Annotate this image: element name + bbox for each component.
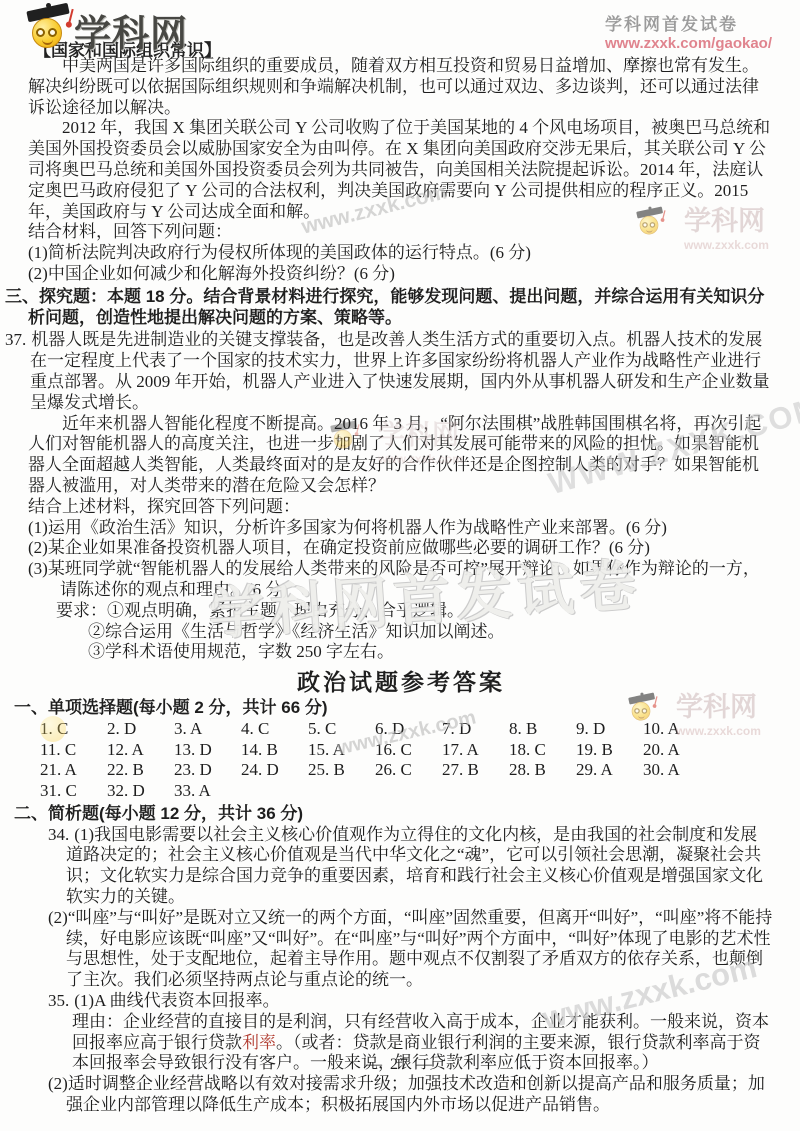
answer-cell: 25. B [308, 760, 375, 781]
answer-cell: 32. D [107, 781, 174, 802]
requirement-line: ③学科术语使用规范，字数 250 字左右。 [88, 642, 774, 663]
answer-cell: 13. D [174, 740, 241, 761]
answer-cell: 19. B [576, 740, 643, 761]
issue-url: www.zxxk.com/gaokao/ [605, 35, 772, 52]
section-three-heading: 三、探究题：本题 18 分。结合背景材料进行探究，能够发现问题、提出问题，并综合… [5, 287, 774, 329]
answer-34-part1: 34.(1)我国电影需要以社会主义核心价值观作为立得住的文化内核，是由我国的社会… [48, 825, 774, 908]
answer-cell: 10. A [643, 719, 710, 740]
answer-cell: 26. C [375, 760, 442, 781]
answer-cell: 24. D [241, 760, 308, 781]
requirement-line: ②综合运用《生活与哲学》《经济生活》知识加以阐述。 [88, 622, 774, 643]
requirement-label: 要求： [56, 601, 107, 620]
question-number: 37. [5, 330, 26, 349]
answer-cell: 18. C [509, 740, 576, 761]
page-number: — 27 — [0, 1056, 800, 1074]
requirement-item: ①观点明确，紧扣主题、理由充分、合乎逻辑。 [107, 601, 464, 620]
issue-label: 学科网首发试卷 [605, 10, 772, 35]
answer-key-row: 31. C 32. D 33. A [40, 781, 774, 802]
cap-tassel-icon [61, 7, 73, 24]
answer-cell: 16. C [375, 740, 442, 761]
answer-cell: 27. B [442, 760, 509, 781]
answer-cell: 1. C [40, 719, 107, 740]
material-paragraph: 近年来机器人智能化程度不断提高。2016 年 3 月，“阿尔法围棋”战胜韩国围棋… [28, 414, 774, 497]
answer-cell: 4. C [241, 719, 308, 740]
answer-cell: 12. A [107, 740, 174, 761]
answer-cell: 9. D [576, 719, 643, 740]
question-item: (1)运用《政治生活》知识，分析许多国家为何将机器人作为战略性产业来部署。(6 … [28, 518, 774, 539]
exam-content: 中美两国是许多国际组织的重要成员，随着双方相互投资和贸易日益增加、摩擦也常有发生… [0, 56, 800, 1116]
answer-cell: 7. D [442, 719, 509, 740]
answer-number: 34. [48, 825, 69, 844]
question-37-text: 机器人既是先进制造业的关键支撑装备，也是改善人类生活方式的重要切入点。机器人技术… [30, 330, 770, 411]
answer-section-title: 政治试题参考答案 [28, 672, 774, 693]
question-item: (2)某企业如果准备投资机器人项目，在确定投资前应做哪些必要的调研工作？(6 分… [28, 538, 774, 559]
question-lead: 结合上述材料，探究回答下列问题： [28, 497, 774, 518]
answer-cell: 3. A [174, 719, 241, 740]
short-analysis-heading: 二、简析题(每小题 12 分，共计 36 分) [14, 804, 774, 825]
answer-cell: 14. B [241, 740, 308, 761]
answer-cell: 2. D [107, 719, 174, 740]
answer-text: (1)A 曲线代表资本回报率。 [74, 991, 279, 1010]
zxxk-logo: 学科网 [26, 2, 188, 54]
answer-cell: 21. A [40, 760, 107, 781]
answer-number: 35. [48, 991, 69, 1010]
answer-text: (1)我国电影需要以社会主义核心价值观作为立得住的文化内核，是由我国的社会制度和… [66, 825, 763, 906]
answer-35-part2: (2)适时调整企业经营战略以有效对接需求升级；加强技术改造和创新以提高产品和服务… [48, 1074, 774, 1116]
reason-highlighted-term: 利率 [242, 1033, 276, 1052]
answer-cell: 30. A [643, 760, 710, 781]
answer-cell: 5. C [308, 719, 375, 740]
answer-cell: 15. A [308, 740, 375, 761]
question-item: (3)某班同学就“智能机器人的发展给人类带来的风险是否可控”展开辩论，如果你作为… [28, 559, 774, 601]
question-item: (1)简析法院判决政府行为侵权所体现的美国政体的运行特点。(6 分) [28, 243, 774, 264]
material-paragraph: 2012 年，我国 X 集团关联公司 Y 公司收购了位于美国某地的 4 个风电场… [28, 118, 774, 222]
answer-cell: 22. B [107, 760, 174, 781]
question-lead: 结合材料，回答下列问题： [28, 222, 774, 243]
brand-name: 学科网 [74, 14, 188, 54]
answer-cell: 17. A [442, 740, 509, 761]
question-item: (2)中国企业如何减少和化解海外投资纠纷？(6 分) [28, 264, 774, 285]
answer-cell: 33. A [174, 781, 241, 802]
answer-cell: 29. A [576, 760, 643, 781]
answer-key-row: 11. C 12. A 13. D 14. B 15. A 16. C 17. … [40, 740, 774, 761]
requirement-line: 要求：①观点明确，紧扣主题、理由充分、合乎逻辑。 [56, 601, 774, 622]
answer-cell: 6. D [375, 719, 442, 740]
answer-34-part2: (2)“叫座”与“叫好”是既对立又统一的两个方面，“叫座”固然重要，但离开“叫好… [48, 908, 774, 991]
answer-cell: 20. A [643, 740, 710, 761]
answer-cell: 23. D [174, 760, 241, 781]
answer-cell: 8. B [509, 719, 576, 740]
header-right: 学科网首发试卷 www.zxxk.com/gaokao/ [605, 10, 772, 52]
answer-cell: 28. B [509, 760, 576, 781]
material-paragraph: 中美两国是许多国际组织的重要成员，随着双方相互投资和贸易日益增加、摩擦也常有发生… [28, 56, 774, 118]
question-37-paragraph: 37.机器人既是先进制造业的关键支撑装备，也是改善人类生活方式的重要切入点。机器… [5, 330, 774, 413]
answer-key-row: 1. C 2. D 3. A 4. C 5. C 6. D 7. D 8. B … [40, 719, 774, 740]
answer-cell: 31. C [40, 781, 107, 802]
multiple-choice-heading: 一、单项选择题(每小题 2 分，共计 66 分) [14, 698, 774, 719]
answer-35-part1: 35.(1)A 曲线代表资本回报率。 [48, 991, 774, 1012]
exam-paper-page: www.zxxk.com 学科网 www.zxxk.com 学科网 www.zx… [0, 0, 800, 1131]
answer-key-row: 21. A 22. B 23. D 24. D 25. B 26. C 27. … [40, 760, 774, 781]
page-header: 学科网 【国家和国际组织常识】 学科网首发试卷 www.zxxk.com/gao… [0, 0, 800, 56]
zxxk-mascot-icon [26, 2, 74, 54]
answer-cell: 11. C [40, 740, 107, 761]
